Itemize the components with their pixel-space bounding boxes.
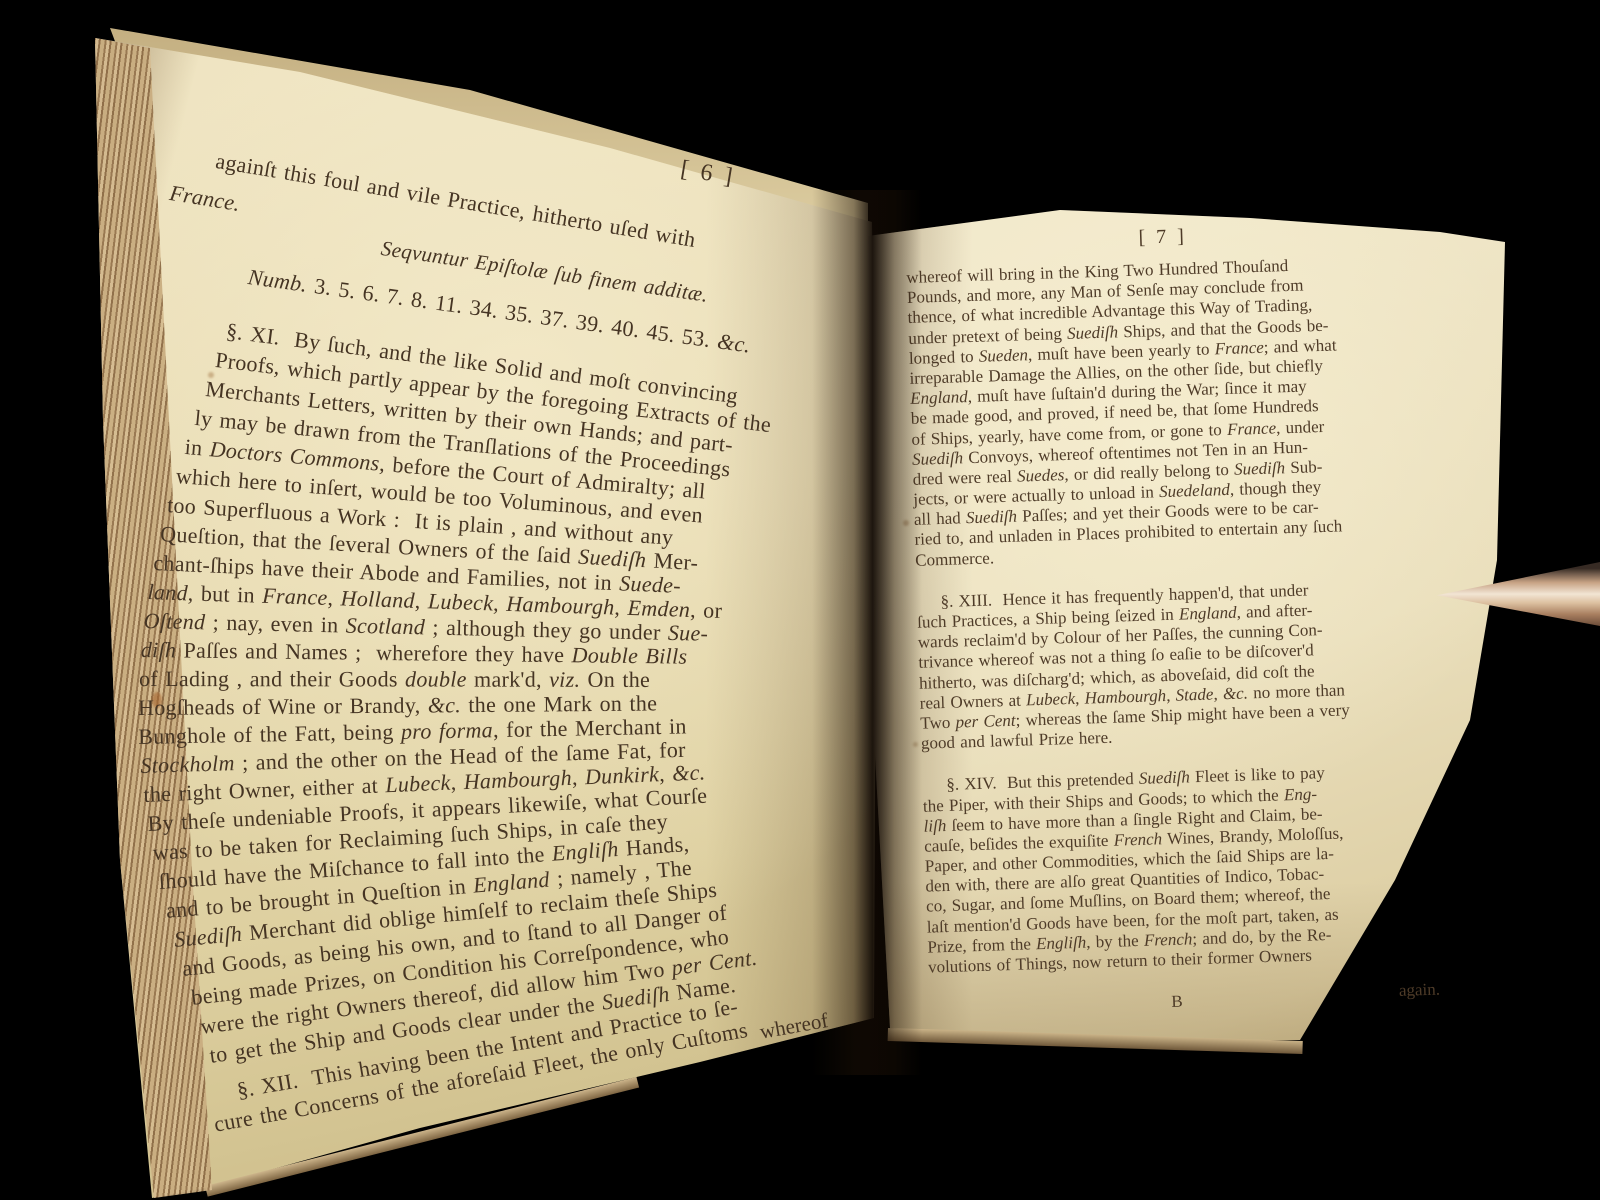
text-run: Lubeck [428,588,494,615]
text-run: , and after- [1236,600,1312,621]
text-run: , under [1276,416,1325,437]
text-run: France [1227,418,1277,439]
text-run: Scotland [345,613,425,640]
paragraph: §. XIV. But this pretended Suediſh Fleet… [922,760,1443,978]
text-run: all had [914,508,967,529]
text-run: Oſtend [143,608,205,634]
text-run: per Cent [955,711,1016,732]
text-run: Emden [628,595,691,622]
text-run: Suediſh [173,921,243,952]
text-run: mark'd, [466,667,548,692]
text-run: , [658,761,672,787]
text-run: , [571,764,585,790]
gathering-signature: B [1171,992,1183,1012]
text-run: Suediſh [1139,768,1191,789]
text-run: Lubeck [1026,689,1076,710]
right-page-text: [ 7 ] whereof will bring in the King Two… [905,218,1445,1022]
text-run: Hambourgh [1084,686,1166,708]
text-run: , [1075,688,1085,707]
text-line: of Lading , and their Goods double mark'… [139,666,650,693]
text-line: againſt this foul and vile Practice, hit… [214,148,698,253]
text-run: On the [580,667,650,692]
text-run: no more than [1248,680,1346,702]
text-run: pro forma [401,717,493,744]
book-photo: [ 6 ] whereof againſt this foul and vile… [0,0,1600,1200]
text-run: liſh [923,816,946,836]
text-run: Prize, from the [927,934,1036,956]
text-run: diſh [140,637,176,662]
text-run: double [405,666,467,691]
text-run: &c. [427,692,460,717]
text-run: Hogſheads of Wine or Brandy, [138,692,428,720]
text-run: in [184,434,211,461]
text-run: Engliſh [1036,932,1087,953]
text-run: Numb. [247,264,309,297]
text-run: land [148,579,189,605]
text-run: Sue- [668,620,709,646]
paragraph: §. XIII. Hence it has frequently happen'… [916,576,1436,754]
text-run: France [1214,338,1264,359]
text-run: France [262,583,328,610]
text-run: Double Bills [571,642,687,668]
text-run: , though they [1230,477,1322,499]
text-run: England [1179,603,1237,624]
right-catchword: again. [1399,980,1441,1001]
text-run: dred were real [912,466,1017,488]
left-catchword: whereof [758,1008,830,1045]
text-run: ; and what [1263,335,1336,356]
text-run: Fleet is like to pay [1190,763,1325,786]
text-run: England [910,387,968,408]
text-run: Hambourgh [506,591,615,620]
text-run: , [450,769,464,795]
text-run: French [1113,829,1162,850]
text-run: &c. [1223,683,1249,703]
text-run: viz. [549,667,580,692]
text-line: France. [168,180,242,217]
text-run: Suedeland [1159,480,1230,501]
text-run: French [1144,929,1193,950]
text-run: Suediſh [1234,458,1286,479]
text-run: Suede- [619,570,682,598]
right-page-paragraphs: whereof will bring in the King Two Hundr… [906,252,1443,978]
text-run: , but in [188,580,263,607]
text-run: Suediſh [1067,322,1119,343]
text-run: &c. [671,759,705,785]
text-run: Eng- [1284,784,1318,804]
text-run: Stade [1175,684,1213,704]
text-run: of Lading , and their Goods [139,666,405,691]
text-run: France. [168,180,242,216]
text-run: Sub- [1285,457,1323,477]
text-run: Bunghole of the Fatt, being [138,719,401,749]
text-run: , or [690,597,723,623]
text-run: Suediſh [912,448,964,469]
paragraph: whereof will bring in the King Two Hundr… [906,252,1430,571]
text-run: Stockholm [140,750,235,778]
text-run: Suedes [1017,465,1065,485]
text-run: Holland [341,585,416,612]
text-run: &c. [716,328,752,357]
text-run: ; nay, even in [205,609,346,637]
text-run: longed to [909,346,980,367]
text-run: Lubeck [385,770,451,798]
text-run: Two [920,713,956,733]
text-run: Suediſh [966,507,1018,528]
text-run: againſt this foul and vile Practice, hit… [214,148,698,252]
text-run: Sueden [979,345,1029,366]
text-run: Paſſes and Names ; wherefore they have [176,637,572,667]
text-run: real Owners at [919,690,1026,712]
text-run: the one Mark on the [461,690,657,717]
text-run: Commerce. [915,548,994,569]
text-run: , by the [1086,931,1144,952]
text-line: diſh Paſſes and Names ; wherefore they h… [140,637,687,670]
left-page-number: [ 6 ] [679,156,738,192]
